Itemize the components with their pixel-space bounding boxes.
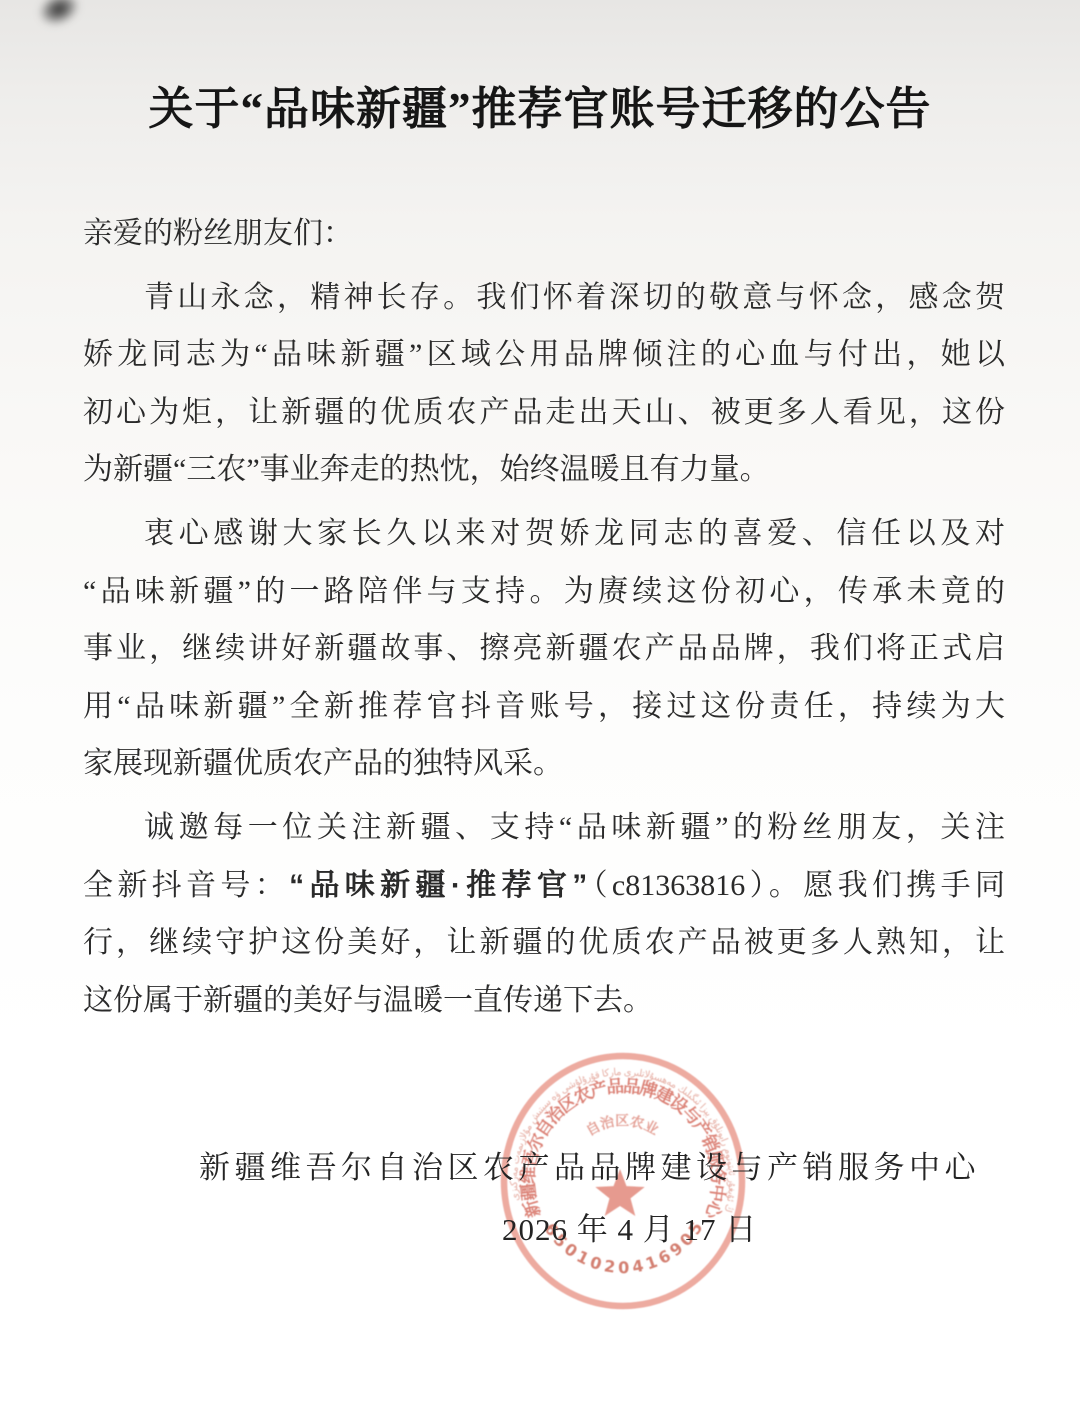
text-segment: 为新疆“三农”事业奔走的热忱，始终温暖且有力量。 <box>83 453 770 486</box>
text-line: 事业，继续讲好新疆故事、擦亮新疆农产品品牌，我们将正式启 <box>83 620 1005 678</box>
text-line: 全新抖音号：“品味新疆·推荐官”（c81363816）。愿我们携手同 <box>83 857 1005 915</box>
text-segment: 娇龙同志为“品味新疆”区域公用品牌倾注的心血与付出，她以 <box>83 338 1005 371</box>
paragraph: 青山永念，精神长存。我们怀着深切的敬意与怀念，感念贺娇龙同志为“品味新疆”区域公… <box>83 269 1005 499</box>
text-segment: 事业，继续讲好新疆故事、擦亮新疆农产品品牌，我们将正式启 <box>83 632 1005 665</box>
text-segment: 全新抖音号： <box>83 869 289 902</box>
text-line: 初心为炬，让新疆的优质农产品走出天山、被更多人看见，这份 <box>83 384 1005 442</box>
text-segment: “品味新疆”的一路陪伴与支持。为赓续这份初心，传承未竟的 <box>83 575 1005 608</box>
text-line: 行，继续守护这份美好，让新疆的优质农产品被更多人熟知，让 <box>83 914 1005 972</box>
signature-date: 2026 年 4 月 17 日 <box>502 1212 757 1248</box>
text-segment: 青山永念，精神长存。我们怀着深切的敬意与怀念，感念贺 <box>144 281 1005 314</box>
text-segment: 初心为炬，让新疆的优质农产品走出天山、被更多人看见，这份 <box>83 396 1005 429</box>
text-line: 衷心感谢大家长久以来对贺娇龙同志的喜爱、信任以及对 <box>83 505 1005 563</box>
text-line: “品味新疆”的一路陪伴与支持。为赓续这份初心，传承未竟的 <box>83 563 1005 621</box>
text-segment: 衷心感谢大家长久以来对贺娇龙同志的喜爱、信任以及对 <box>144 517 1005 550</box>
text-line: 青山永念，精神长存。我们怀着深切的敬意与怀念，感念贺 <box>83 269 1005 327</box>
text-segment: 家展现新疆优质农产品的独特风采。 <box>83 747 563 780</box>
text-line: 诚邀每一位关注新疆、支持“品味新疆”的粉丝朋友，关注 <box>83 799 1005 857</box>
text-segment: 行，继续守护这份美好，让新疆的优质农产品被更多人熟知，让 <box>83 926 1005 959</box>
paragraph: 衷心感谢大家长久以来对贺娇龙同志的喜爱、信任以及对“品味新疆”的一路陪伴与支持。… <box>83 505 1005 793</box>
text-line: 家展现新疆优质农产品的独特风采。 <box>83 735 1005 793</box>
text-line: 为新疆“三农”事业奔走的热忱，始终温暖且有力量。 <box>83 441 1005 499</box>
salutation-line: 亲爱的粉丝朋友们： <box>83 205 1005 263</box>
page-title: 关于“品味新疆”推荐官账号迁移的公告 <box>0 82 1080 136</box>
text-line: 娇龙同志为“品味新疆”区域公用品牌倾注的心血与付出，她以 <box>83 326 1005 384</box>
text-segment: 用“品味新疆”全新推荐官抖音账号，接过这份责任，持续为大 <box>83 690 1005 723</box>
signature-organization: 新疆维吾尔自治区农产品品牌建设与产销服务中心 <box>199 1150 980 1186</box>
text-segment: （c81363816）。愿我们携手同 <box>588 869 1005 902</box>
svg-text:自治区农业: 自治区农业 <box>583 1113 661 1140</box>
text-segment: 这份属于新疆的美好与温暖一直传递下去。 <box>83 984 653 1017</box>
paragraph: 诚邀每一位关注新疆、支持“品味新疆”的粉丝朋友，关注全新抖音号：“品味新疆·推荐… <box>83 799 1005 1029</box>
douyin-account-name: “品味新疆·推荐官” <box>289 869 588 902</box>
text-line: 用“品味新疆”全新推荐官抖音账号，接过这份责任，持续为大 <box>83 678 1005 736</box>
text-segment: 诚邀每一位关注新疆、支持“品味新疆”的粉丝朋友，关注 <box>144 811 1005 844</box>
body-text: 亲爱的粉丝朋友们： 青山永念，精神长存。我们怀着深切的敬意与怀念，感念贺娇龙同志… <box>83 205 1005 1029</box>
scan-artifact-smudge <box>24 0 94 40</box>
text-line: 这份属于新疆的美好与温暖一直传递下去。 <box>83 972 1005 1030</box>
seal-inner-ring-text: 自治区农业 <box>583 1113 661 1140</box>
